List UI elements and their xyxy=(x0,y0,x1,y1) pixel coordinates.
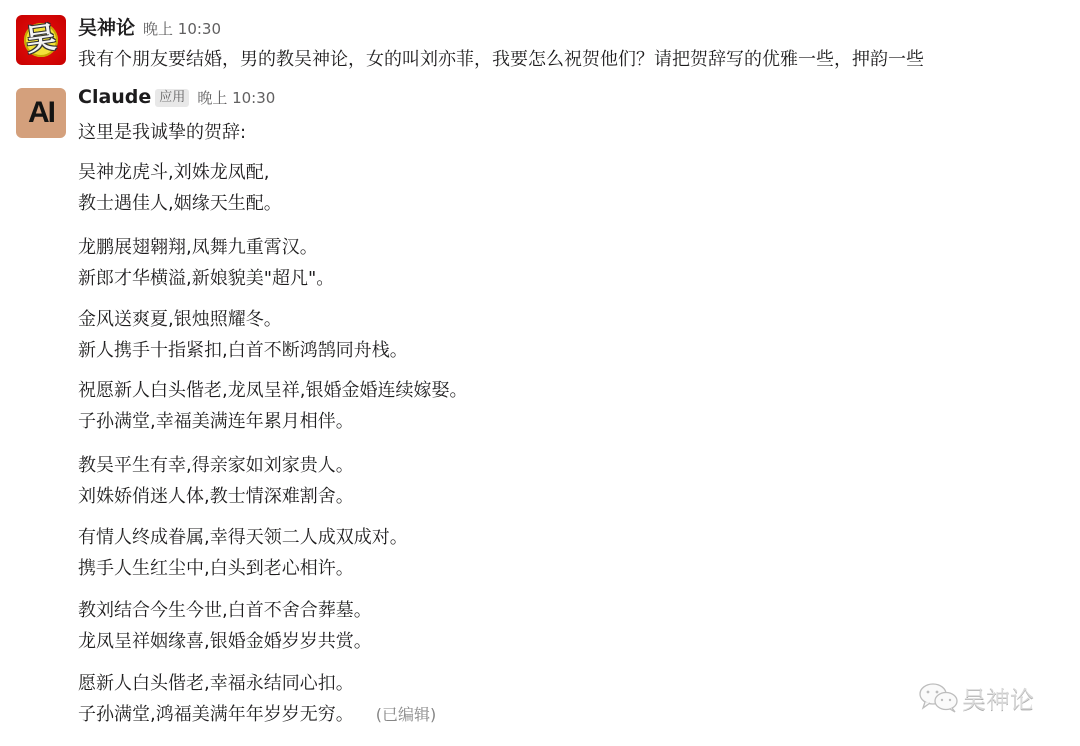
message-text: 我有个朋友要结婚，男的教吴神论，女的叫刘亦菲，我要怎么祝贺他们？请把贺辞写的优雅… xyxy=(78,45,924,71)
wu-avatar-icon: 吴 xyxy=(16,15,66,65)
edited-label: (已编辑) xyxy=(376,705,437,724)
verse-line: 愿新人白头偕老,幸福永结同心扣。 xyxy=(78,669,354,695)
verse-line: 子孙满堂,鸿福美满年年岁岁无穷。 xyxy=(78,704,354,725)
watermark-text: 吴神论 xyxy=(962,686,1034,714)
verse-line: 携手人生红尘中,白头到老心相许。 xyxy=(78,554,354,580)
claude-avatar[interactable]: AI xyxy=(16,88,66,138)
verse-line: 教士遇佳人,姻缘天生配。 xyxy=(78,189,282,215)
verse-last-line: 子孙满堂,鸿福美满年年岁岁无穷。(已编辑) xyxy=(78,700,436,726)
sender-name[interactable]: 吴神论 xyxy=(78,17,135,39)
verse-line: 有情人终成眷属,幸得天领二人成双成对。 xyxy=(78,523,408,549)
verse-line: 祝愿新人白头偕老,龙凤呈祥,银婚金婚连续嫁娶。 xyxy=(78,376,467,402)
verse-line: 新人携手十指紧扣,白首不断鸿鹄同舟栈。 xyxy=(78,336,408,362)
app-badge: 应用 xyxy=(155,89,189,107)
verse-line: 教吴平生有幸,得亲家如刘家贵人。 xyxy=(78,451,354,477)
verse-line: 子孙满堂,幸福美满连年累月相伴。 xyxy=(78,407,354,433)
verse-line: 吴神龙虎斗,刘姝龙凤配, xyxy=(78,158,269,184)
verse-line: 龙鹏展翅翱翔,凤舞九重霄汉。 xyxy=(78,233,318,259)
anthropic-ai-avatar-icon: AI xyxy=(16,88,66,138)
sender-name[interactable]: Claude xyxy=(78,86,151,108)
user-avatar[interactable]: 吴 xyxy=(16,15,66,65)
message-header: 吴神论晚上 10:30 xyxy=(78,13,221,40)
message-intro: 这里是我诚挚的贺辞: xyxy=(78,118,246,144)
verse-line: 新郎才华横溢,新娘貌美"超凡"。 xyxy=(78,264,334,290)
verse-line: 刘姝娇俏迷人体,教士情深难割舍。 xyxy=(78,482,354,508)
verse-line: 龙凤呈祥姻缘喜,银婚金婚岁岁共赏。 xyxy=(78,627,372,653)
verse-line: 金风送爽夏,银烛照耀冬。 xyxy=(78,305,282,331)
watermark: 吴神论 xyxy=(918,680,1034,715)
verse-line: 教刘结合今生今世,白首不舍合葬墓。 xyxy=(78,596,372,622)
message-header: Claude应用晚上 10:30 xyxy=(78,86,275,108)
timestamp[interactable]: 晚上 10:30 xyxy=(143,20,221,38)
timestamp[interactable]: 晚上 10:30 xyxy=(197,89,275,107)
wechat-icon xyxy=(918,682,962,714)
